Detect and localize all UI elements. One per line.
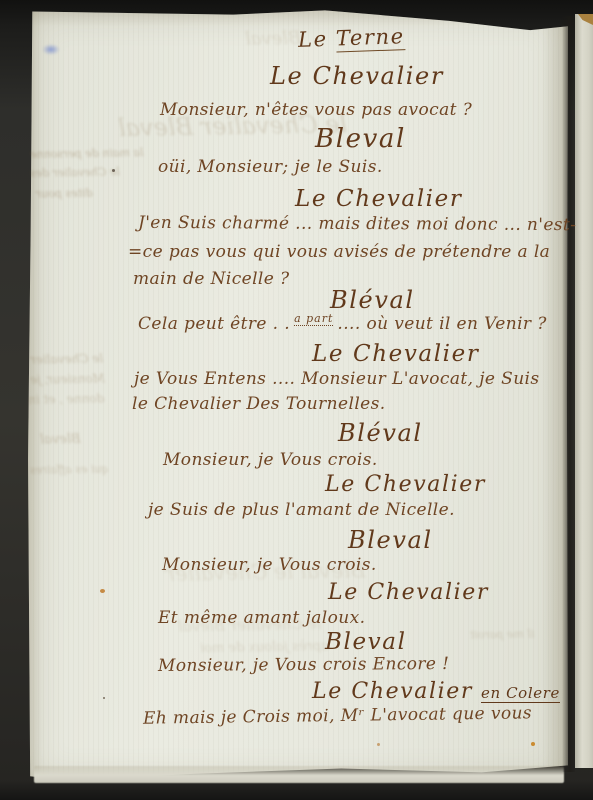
verso-showthrough: après jaloux de moi [200,639,329,656]
speaker-name-chevalier: Le Chevalier [270,62,444,90]
speaker-name-bleval: Bleval [315,124,406,154]
ink-speck [112,169,115,172]
verso-showthrough: il me paroit [470,627,535,641]
manuscript-scan: le Chevalier Bleval la main de personne … [0,0,593,800]
stage-direction-aside: a part [294,312,333,326]
play-title: Le Terne [298,24,405,52]
dialogue-line: Cela peut être . .a part.... où veut il … [138,314,547,334]
dialogue-line: Monsieur, n'êtes vous pas avocat ? [160,100,472,120]
speaker-name-chevalier: Le Chevalieren Colere [312,679,560,704]
speaker-name-chevalier: Le Chevalier [328,580,489,605]
page-bottom-deckle-edge [34,766,564,783]
verso-showthrough: Bleval [40,432,81,448]
dialogue-line: Et même amant jaloux. [158,608,365,628]
dialogue-line: je Vous Entens .... Monsieur L'avocat, j… [134,369,540,389]
adjacent-page-edge [575,14,593,768]
dialogue-line: Monsieur, je Vous crois. [163,450,378,470]
verso-showthrough: la main de personne [30,146,144,161]
dialogue-post: .... où veut il en Venir ? [337,314,546,334]
speaker-name-bleval: Bléval [338,419,423,447]
verso-showthrough: qui es affaires [30,462,109,476]
dialogue-line: je Suis de plus l'amant de Nicelle. [148,500,455,520]
dialogue-line: main de Nicelle ? [133,269,290,289]
speaker-name-chevalier: Le Chevalier [295,186,462,212]
verso-showthrough: Monsieur, je [30,371,105,386]
speaker-name-bleval: Bleval [325,629,407,655]
stage-direction-en-colere: en Colere [481,684,560,703]
foxing-spot [531,742,535,746]
speaker-pre: Le Chevalier [312,679,473,704]
speaker-name-bleval: Bleval [348,526,433,554]
dialogue-line: oüi, Monsieur; je le Suis. [158,157,383,177]
foxing-spot [377,743,380,746]
blue-ink-smudge [42,44,60,55]
play-title-underlined: Terne [335,24,405,52]
foxing-spot [100,589,105,593]
torn-corner [578,14,593,25]
verso-showthrough: le Chevalier [30,351,103,366]
dialogue-line: =ce pas vous qui vous avisés de prétendr… [128,242,550,262]
dialogue-line: le Chevalier Des Tournelles. [132,394,386,414]
speaker-name-chevalier: Le Chevalier [312,341,479,367]
dialogue-line: Monsieur, je Vous crois. [162,555,377,575]
page-gutter-shadow [562,16,575,772]
dialogue-line: Monsieur, je Vous crois Encore ! [158,654,450,676]
verso-showthrough: le Chevalier des [30,165,120,180]
verso-showthrough: Bleval [245,28,302,50]
speaker-name-chevalier: Le Chevalier [325,472,486,497]
play-title-pre: Le [298,27,337,52]
ink-speck [103,697,105,699]
verso-showthrough: dites pour [36,187,93,201]
dialogue-line: J'en Suis charmé ... mais dites moi donc… [138,213,576,235]
dialogue-pre: Cela peut être . . [138,314,290,334]
speaker-name-bleval: Bléval [330,286,415,314]
verso-showthrough: donne , et in [28,391,104,406]
